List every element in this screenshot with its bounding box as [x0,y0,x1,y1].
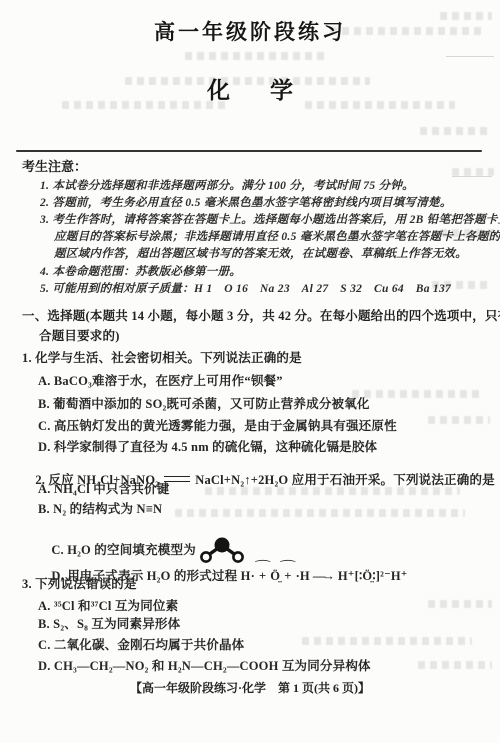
subject-title: 化 学 [0,78,500,104]
electron-transfer-arc-plus: ⌒+ [284,569,291,583]
question-3-option-b: B. S₂、S₈ 互为同素异形体 [38,617,180,631]
bleedthrough-artifact [418,661,492,669]
question-2-option-b: B. N₂ 的结构式为 N≡N [38,502,162,516]
electron-formula-h-left: H· [241,569,255,583]
notice-line-2: 2. 答题前，考生务必用直径 0.5 毫米黑色墨水签字笔将密封线内项目填写清楚。 [40,197,452,210]
question-1-stem: 1. 化学与生活、社会密切相关。下列说法正确的是 [22,351,302,365]
notice-line-3c: 题区域内作答，超出答题区域书写的答案无效，在试题卷、草稿纸上作答无效。 [54,248,467,261]
bleedthrough-artifact [175,509,465,517]
question-2-stem-right: NaCl+N₂↑+2H₂O 应用于石油开采。下列说法正确的是 [195,473,495,487]
plus-symbol: + [284,569,291,583]
notice-line-5: 5. 可能用到的相对原子质量：H 1 O 16 Na 23 Al 27 S 32… [40,283,451,296]
bleedthrough-line [446,56,494,57]
bleedthrough-artifact [452,168,494,176]
electron-transfer-arc-plus: ⌒+ [259,569,266,583]
bleedthrough-artifact [440,12,492,20]
bleedthrough-artifact [428,600,492,608]
question-1-option-b: B. 葡萄酒中添加的 SO₂既可杀菌，又可防止营养成分被氧化 [38,397,370,411]
exam-paper-page: 高一年级阶段练习 化 学 考生注意： 1. 本试卷分选择题和非选择题两部分。满分… [0,0,500,743]
bleedthrough-artifact [352,390,482,398]
section-heading-line-2: 合题目要求的) [39,329,120,343]
notice-line-3a: 3. 考生作答时，请将答案答在答题卡上。选择题每小题选出答案后，用 2B 铅笔把… [40,214,500,227]
bleedthrough-artifact [302,637,472,645]
bleedthrough-artifact [428,416,490,424]
question-3-option-a: A. ³⁵Cl 和³⁷Cl 互为同位素 [38,599,178,613]
arc-symbol: ⌒ [280,561,296,570]
electron-formula-product: H⁺[∶Ö̤∶]²⁻H⁺ [338,569,408,583]
arc-symbol: ⌒ [255,561,271,570]
notice-line-4: 4. 本卷命题范围：苏教版必修第一册。 [40,266,241,279]
bleedthrough-line [452,176,492,177]
question-2-option-a: A. NH₄Cl 中只含共价键 [38,482,169,496]
subject-char-left: 化 [207,78,230,104]
question-3-option-c: C. 二氧化碳、金刚石均属于共价晶体 [38,638,244,652]
electron-formula-h-right: ·H [296,569,310,583]
question-1-option-d: D. 科学家制得了直径为 4.5 nm 的硫化镉，这种硫化镉是胶体 [38,440,377,454]
bleedthrough-artifact [185,52,325,60]
subject-char-right: 学 [270,78,293,104]
electron-formula-oxygen: Ö̤ [270,569,280,583]
notice-line-3b: 应题目的答案标号涂黑；非选择题请用直径 0.5 毫米黑色墨水签字笔在答题卡上各题… [54,231,500,244]
question-1-option-a: A. BaCO₃难溶于水，在医疗上可用作“钡餐” [38,374,283,388]
bleedthrough-artifact [420,127,492,135]
page-footer: 【高一年级阶段练习·化学 第 1 页(共 6 页)】 [0,682,500,696]
question-3-option-d: D. CH₃—CH₂—NO₂ 和 H₂N—CH₂—COOH 互为同分异构体 [38,659,371,673]
notice-line-1: 1. 本试卷分选择题和非选择题两部分。满分 100 分，考试时间 75 分钟。 [40,180,414,193]
question-3-stem: 3. 下列说法错误的是 [22,577,137,591]
notice-heading: 考生注意： [22,160,87,175]
section-heading-line-1: 一、选择题(本题共 14 小题，每小题 3 分，共 42 分。在每小题给出的四个… [22,309,500,323]
question-1-option-c: C. 高压钠灯发出的黄光透雾能力强，是由于金属钠具有强还原性 [38,419,397,433]
header-divider-rule [16,150,482,152]
reaction-arrow: —→ [313,569,332,583]
page-title: 高一年级阶段练习 [0,20,500,44]
plus-symbol: + [259,569,266,583]
